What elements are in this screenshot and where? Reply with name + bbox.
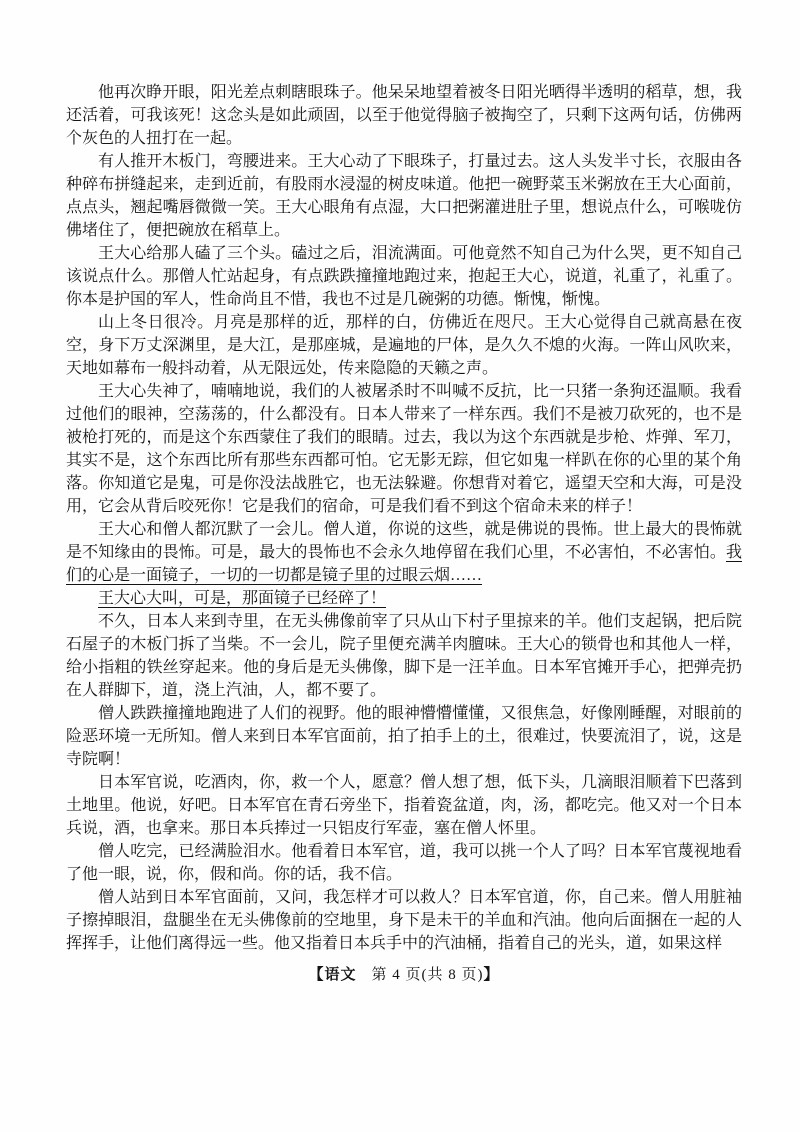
body-paragraph: 僧人吃完，已经满脸泪水。他看着日本军官，道，我可以挑一个人了吗？日本军官蔑视地看… (66, 840, 742, 886)
footer-bracket-open: 【 (308, 967, 324, 983)
body-paragraph: 王大心大叫，可是，那面镜子已经碎了！ (66, 587, 742, 610)
body-paragraph: 王大心和僧人都沉默了一会儿。僧人道，你说的这些，就是佛说的畏怖。世上最大的畏怖就… (66, 518, 742, 587)
footer-bracket-close: 】 (484, 967, 500, 983)
exam-page: 他再次睁开眼，阳光差点刺瞎眼珠子。他呆呆地望着被冬日阳光晒得半透明的稻草，想，我… (0, 0, 800, 1131)
underlined-sentence: 王大心大叫，可是，那面镜子已经碎了！ (98, 590, 386, 607)
footer-subject: 语文 (324, 967, 356, 983)
body-paragraph: 山上冬日很冷。月亮是那样的近，那样的白，仿佛近在咫尺。王大心觉得自己就高悬在夜空… (66, 311, 742, 380)
body-paragraph: 僧人跌跌撞撞地跑进了人们的视野。他的眼神懵懵懂懂，又很焦急，好像刚睡醒，对眼前的… (66, 702, 742, 771)
body-paragraph: 僧人站到日本军官面前，又问，我怎样才可以救人？日本军官道，你，自己来。僧人用脏袖… (66, 886, 742, 955)
reading-passage: 他再次睁开眼，阳光差点刺瞎眼珠子。他呆呆地望着被冬日阳光晒得半透明的稻草，想，我… (66, 81, 742, 955)
body-paragraph: 有人推开木板门，弯腰进来。王大心动了下眼珠子，打量过去。这人头发半寸长，衣服由各… (66, 150, 742, 242)
page-footer: 【语文第 4 页(共 8 页)】 (66, 964, 742, 987)
paragraph-text: 王大心和僧人都沉默了一会儿。僧人道，你说的这些，就是佛说的畏怖。世上最大的畏怖就… (66, 521, 742, 561)
body-paragraph: 王大心给那人磕了三个头。磕过之后，泪流满面。可他竟然不知自己为什么哭，更不知自己… (66, 242, 742, 311)
body-paragraph: 王大心失神了，喃喃地说，我们的人被屠杀时不叫喊不反抗，比一只猪一条狗还温顺。我看… (66, 380, 742, 518)
body-paragraph: 日本军官说，吃酒肉，你，救一个人，愿意？僧人想了想，低下头，几滴眼泪顺着下巴落到… (66, 771, 742, 840)
footer-page-number: 第 4 页(共 8 页) (372, 967, 484, 983)
body-paragraph: 不久，日本人来到寺里，在无头佛像前宰了只从山下村子里掠来的羊。他们支起锅，把后院… (66, 610, 742, 702)
body-paragraph: 他再次睁开眼，阳光差点刺瞎眼珠子。他呆呆地望着被冬日阳光晒得半透明的稻草，想，我… (66, 81, 742, 150)
